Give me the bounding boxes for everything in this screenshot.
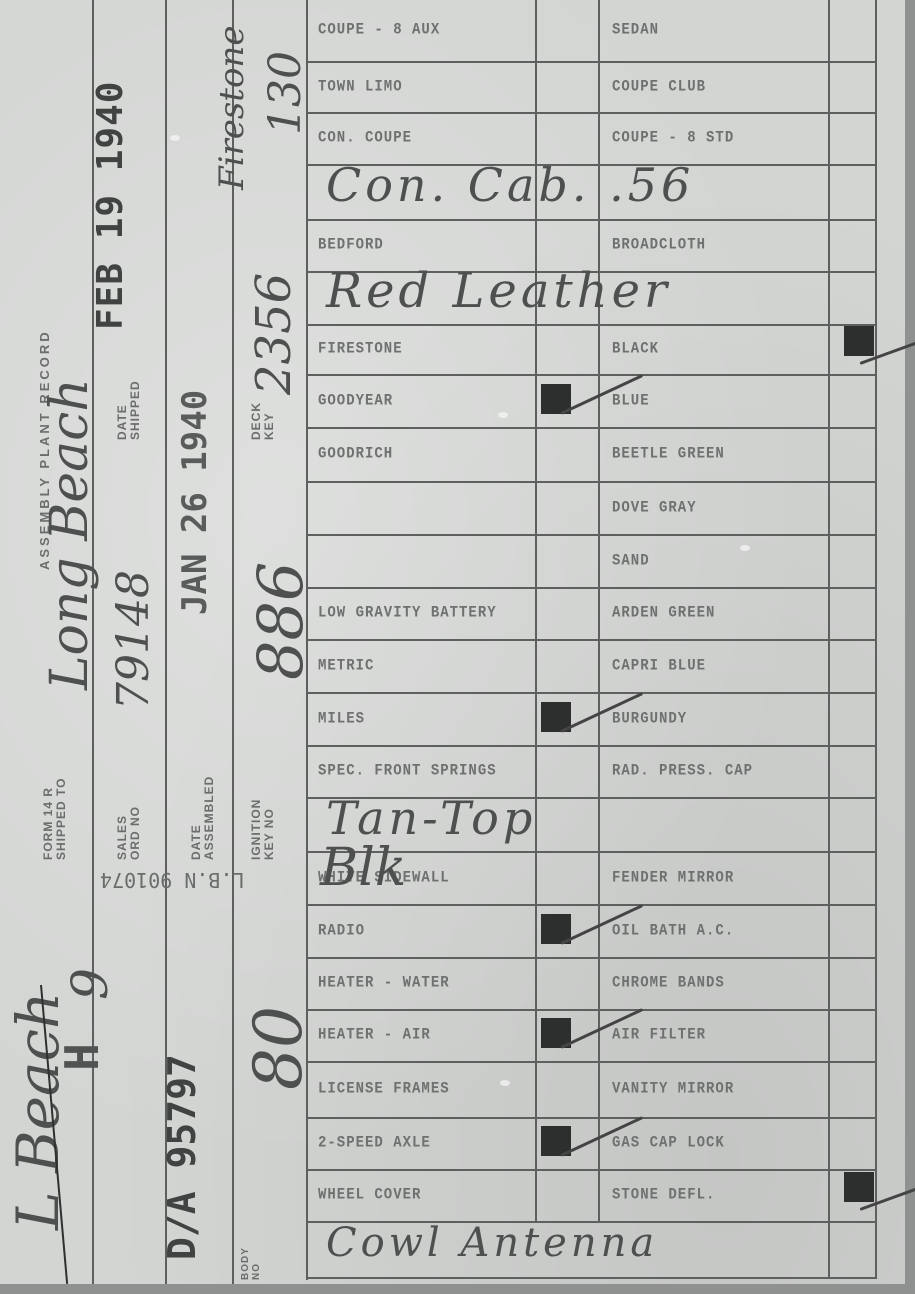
- option-label-left: GOODYEAR: [318, 392, 393, 410]
- option-label-right: SAND: [612, 552, 650, 570]
- date-assembled-header: DATE ASSEMBLED: [190, 776, 216, 860]
- da-number-stamp: D/A 95797: [160, 1054, 204, 1260]
- checkbox-right[interactable]: [830, 642, 875, 691]
- deck-key-header: DECK KEY: [250, 402, 276, 440]
- deck-key-handwritten: 2356: [246, 273, 302, 395]
- table-row: FIRESTONEBLACK: [306, 325, 875, 375]
- serial-stamp: L.B.N 901074: [100, 868, 245, 892]
- option-label-left: CON. COUPE: [318, 129, 412, 147]
- photo-glare: [170, 135, 180, 141]
- table-row: Red Leather: [306, 272, 875, 325]
- checkbox-left[interactable]: [537, 537, 597, 586]
- option-label-left: LOW GRAVITY BATTERY: [318, 604, 497, 622]
- checkbox-right[interactable]: [830, 64, 875, 111]
- table-row: GOODYEARBLUE: [306, 375, 875, 428]
- ignition-key-header: IGNITION KEY NO: [250, 799, 276, 860]
- body-no-header: BODY NO: [240, 1247, 262, 1280]
- ignition-key-handwritten: 886: [244, 562, 317, 680]
- option-label-right: BURGUNDY: [612, 710, 687, 728]
- shipped-to-header: FORM 14 R SHIPPED TO: [42, 778, 68, 860]
- option-label-left: TOWN LIMO: [318, 78, 403, 96]
- table-row: LOW GRAVITY BATTERYARDEN GREEN: [306, 588, 875, 640]
- sales-order-handwritten: 79148: [108, 570, 159, 710]
- option-label-left: SPEC. FRONT SPRINGS: [318, 762, 497, 780]
- firestone-note: Firestone: [212, 26, 252, 190]
- checkbox-left[interactable]: [537, 1064, 597, 1116]
- option-label-left: HEATER - AIR: [318, 1026, 431, 1044]
- table-row: RADIOOIL BATH A.C.: [306, 905, 875, 958]
- date-shipped-stamp: JAN 26 1940: [175, 390, 215, 615]
- checkbox-left[interactable]: [537, 484, 597, 533]
- photo-glare: [740, 545, 750, 551]
- option-label-right: BROADCLOTH: [612, 236, 706, 254]
- table-row: TOWN LIMOCOUPE CLUB: [306, 62, 875, 113]
- handwritten-entry: Cowl Antenna: [326, 1220, 658, 1266]
- checkbox-left[interactable]: [537, 907, 597, 956]
- checkbox-right[interactable]: [830, 430, 875, 480]
- handwritten-entry: Tan-Top: [326, 791, 536, 845]
- checkbox-right[interactable]: [830, 854, 875, 903]
- table-row: GOODRICHBEETLE GREEN: [306, 428, 875, 482]
- checkbox-right[interactable]: [830, 222, 875, 270]
- option-label-left: 2-SPEED AXLE: [318, 1134, 431, 1152]
- checkbox-left[interactable]: [537, 430, 597, 480]
- option-label-right: AIR FILTER: [612, 1026, 706, 1044]
- option-label-right: OIL BATH A.C.: [612, 922, 734, 940]
- table-row: MILESBURGUNDY: [306, 693, 875, 746]
- option-label-left: LICENSE FRAMES: [318, 1080, 450, 1098]
- checkbox-right[interactable]: [830, 2, 875, 60]
- table-row: WHEEL COVERSTONE DEFL.: [306, 1170, 875, 1222]
- checkbox-right[interactable]: [830, 695, 875, 744]
- checkbox-left[interactable]: [537, 377, 597, 426]
- firestone-number: 130: [260, 51, 311, 135]
- table-row: LICENSE FRAMESVANITY MIRROR: [306, 1062, 875, 1118]
- photo-glare: [500, 1080, 510, 1086]
- checkbox-left[interactable]: [537, 854, 597, 903]
- checkbox-left[interactable]: [537, 2, 597, 60]
- option-label-left: METRIC: [318, 657, 374, 675]
- table-row: DOVE GRAY: [306, 482, 875, 535]
- option-label-right: BLUE: [612, 392, 650, 410]
- checkbox-left[interactable]: [537, 642, 597, 691]
- table-row: COUPE - 8 AUXSEDAN: [306, 0, 875, 62]
- checkbox-left[interactable]: [537, 1012, 597, 1060]
- table-row: Cowl Antenna: [306, 1222, 875, 1278]
- checkbox-right[interactable]: [830, 537, 875, 586]
- checkbox-right[interactable]: [830, 1064, 875, 1116]
- table-row: HEATER - AIRAIR FILTER: [306, 1010, 875, 1062]
- checked-box: [844, 326, 874, 356]
- option-label-left: BEDFORD: [318, 236, 384, 254]
- option-label-right: BEETLE GREEN: [612, 445, 725, 463]
- option-label-left: RADIO: [318, 922, 365, 940]
- option-label-left: WHEEL COVER: [318, 1186, 421, 1204]
- option-label-left: MILES: [318, 710, 365, 728]
- option-label-right: DOVE GRAY: [612, 499, 697, 517]
- checkbox-left[interactable]: [537, 115, 597, 163]
- checkbox-left[interactable]: [537, 327, 597, 373]
- table-row: METRICCAPRI BLUE: [306, 640, 875, 693]
- option-label-right: GAS CAP LOCK: [612, 1134, 725, 1152]
- table-row: Con. Cab. .56: [306, 165, 875, 220]
- checkbox-right[interactable]: [830, 484, 875, 533]
- checkbox-left[interactable]: [537, 695, 597, 744]
- checkbox-right[interactable]: [830, 115, 875, 163]
- checkbox-right[interactable]: [830, 748, 875, 796]
- checkbox-right[interactable]: [830, 1012, 875, 1060]
- option-label-left: HEATER - WATER: [318, 974, 450, 992]
- divider: [232, 900, 234, 1284]
- option-label-right: VANITY MIRROR: [612, 1080, 734, 1098]
- table-row: SAND: [306, 535, 875, 588]
- checkbox-right[interactable]: [830, 377, 875, 426]
- assembly-plant-record-card: COUPE - 8 AUXSEDANTOWN LIMOCOUPE CLUBCON…: [0, 0, 905, 1284]
- dealer-handwritten: L Beach: [4, 992, 72, 1230]
- option-label-left: COUPE - 8 AUX: [318, 21, 440, 39]
- plant-code-handwritten: 9: [61, 968, 119, 1000]
- checkbox-right[interactable]: [830, 327, 875, 373]
- option-label-right: CAPRI BLUE: [612, 657, 706, 675]
- option-label-right: ARDEN GREEN: [612, 604, 715, 622]
- option-label-right: STONE DEFL.: [612, 1186, 715, 1204]
- option-label-right: BLACK: [612, 340, 659, 358]
- sales-order-header: SALES ORD NO: [116, 806, 142, 860]
- option-label-right: RAD. PRESS. CAP: [612, 762, 753, 780]
- checkbox-right[interactable]: [830, 960, 875, 1008]
- option-label-right: SEDAN: [612, 21, 659, 39]
- table-row: WHITE SIDEWALLFENDER MIRRORBlk: [306, 852, 875, 905]
- checkbox-left[interactable]: [537, 960, 597, 1008]
- photo-glare: [498, 412, 508, 418]
- date-shipped-header: DATE SHIPPED: [116, 380, 142, 440]
- handwritten-overwrite: Blk: [320, 838, 406, 898]
- option-label-right: COUPE - 8 STD: [612, 129, 734, 147]
- body-handwritten: 80: [240, 1006, 317, 1090]
- shipped-to-handwritten: Long Beach: [40, 378, 100, 690]
- checkbox-right[interactable]: [830, 907, 875, 956]
- checkbox-left[interactable]: [537, 748, 597, 796]
- handwritten-entry: Red Leather: [326, 263, 671, 319]
- option-label-left: FIRESTONE: [318, 340, 403, 358]
- checkbox-right[interactable]: [830, 1172, 875, 1220]
- checkbox-left[interactable]: [537, 64, 597, 111]
- table-row: 2-SPEED AXLEGAS CAP LOCK: [306, 1118, 875, 1170]
- handwritten-entry: Con. Cab. .56: [326, 158, 694, 212]
- option-label-right: FENDER MIRROR: [612, 869, 734, 887]
- checkbox-left[interactable]: [537, 1120, 597, 1168]
- date-stamp-feb: FEB 19 1940: [90, 81, 131, 330]
- table-row: HEATER - WATERCHROME BANDS: [306, 958, 875, 1010]
- option-label-left: GOODRICH: [318, 445, 393, 463]
- checkbox-left[interactable]: [537, 1172, 597, 1220]
- checkbox-right[interactable]: [830, 590, 875, 638]
- option-label-right: CHROME BANDS: [612, 974, 725, 992]
- checked-box: [844, 1172, 874, 1202]
- option-label-right: COUPE CLUB: [612, 78, 706, 96]
- checkbox-left[interactable]: [537, 590, 597, 638]
- checkbox-right[interactable]: [830, 1120, 875, 1168]
